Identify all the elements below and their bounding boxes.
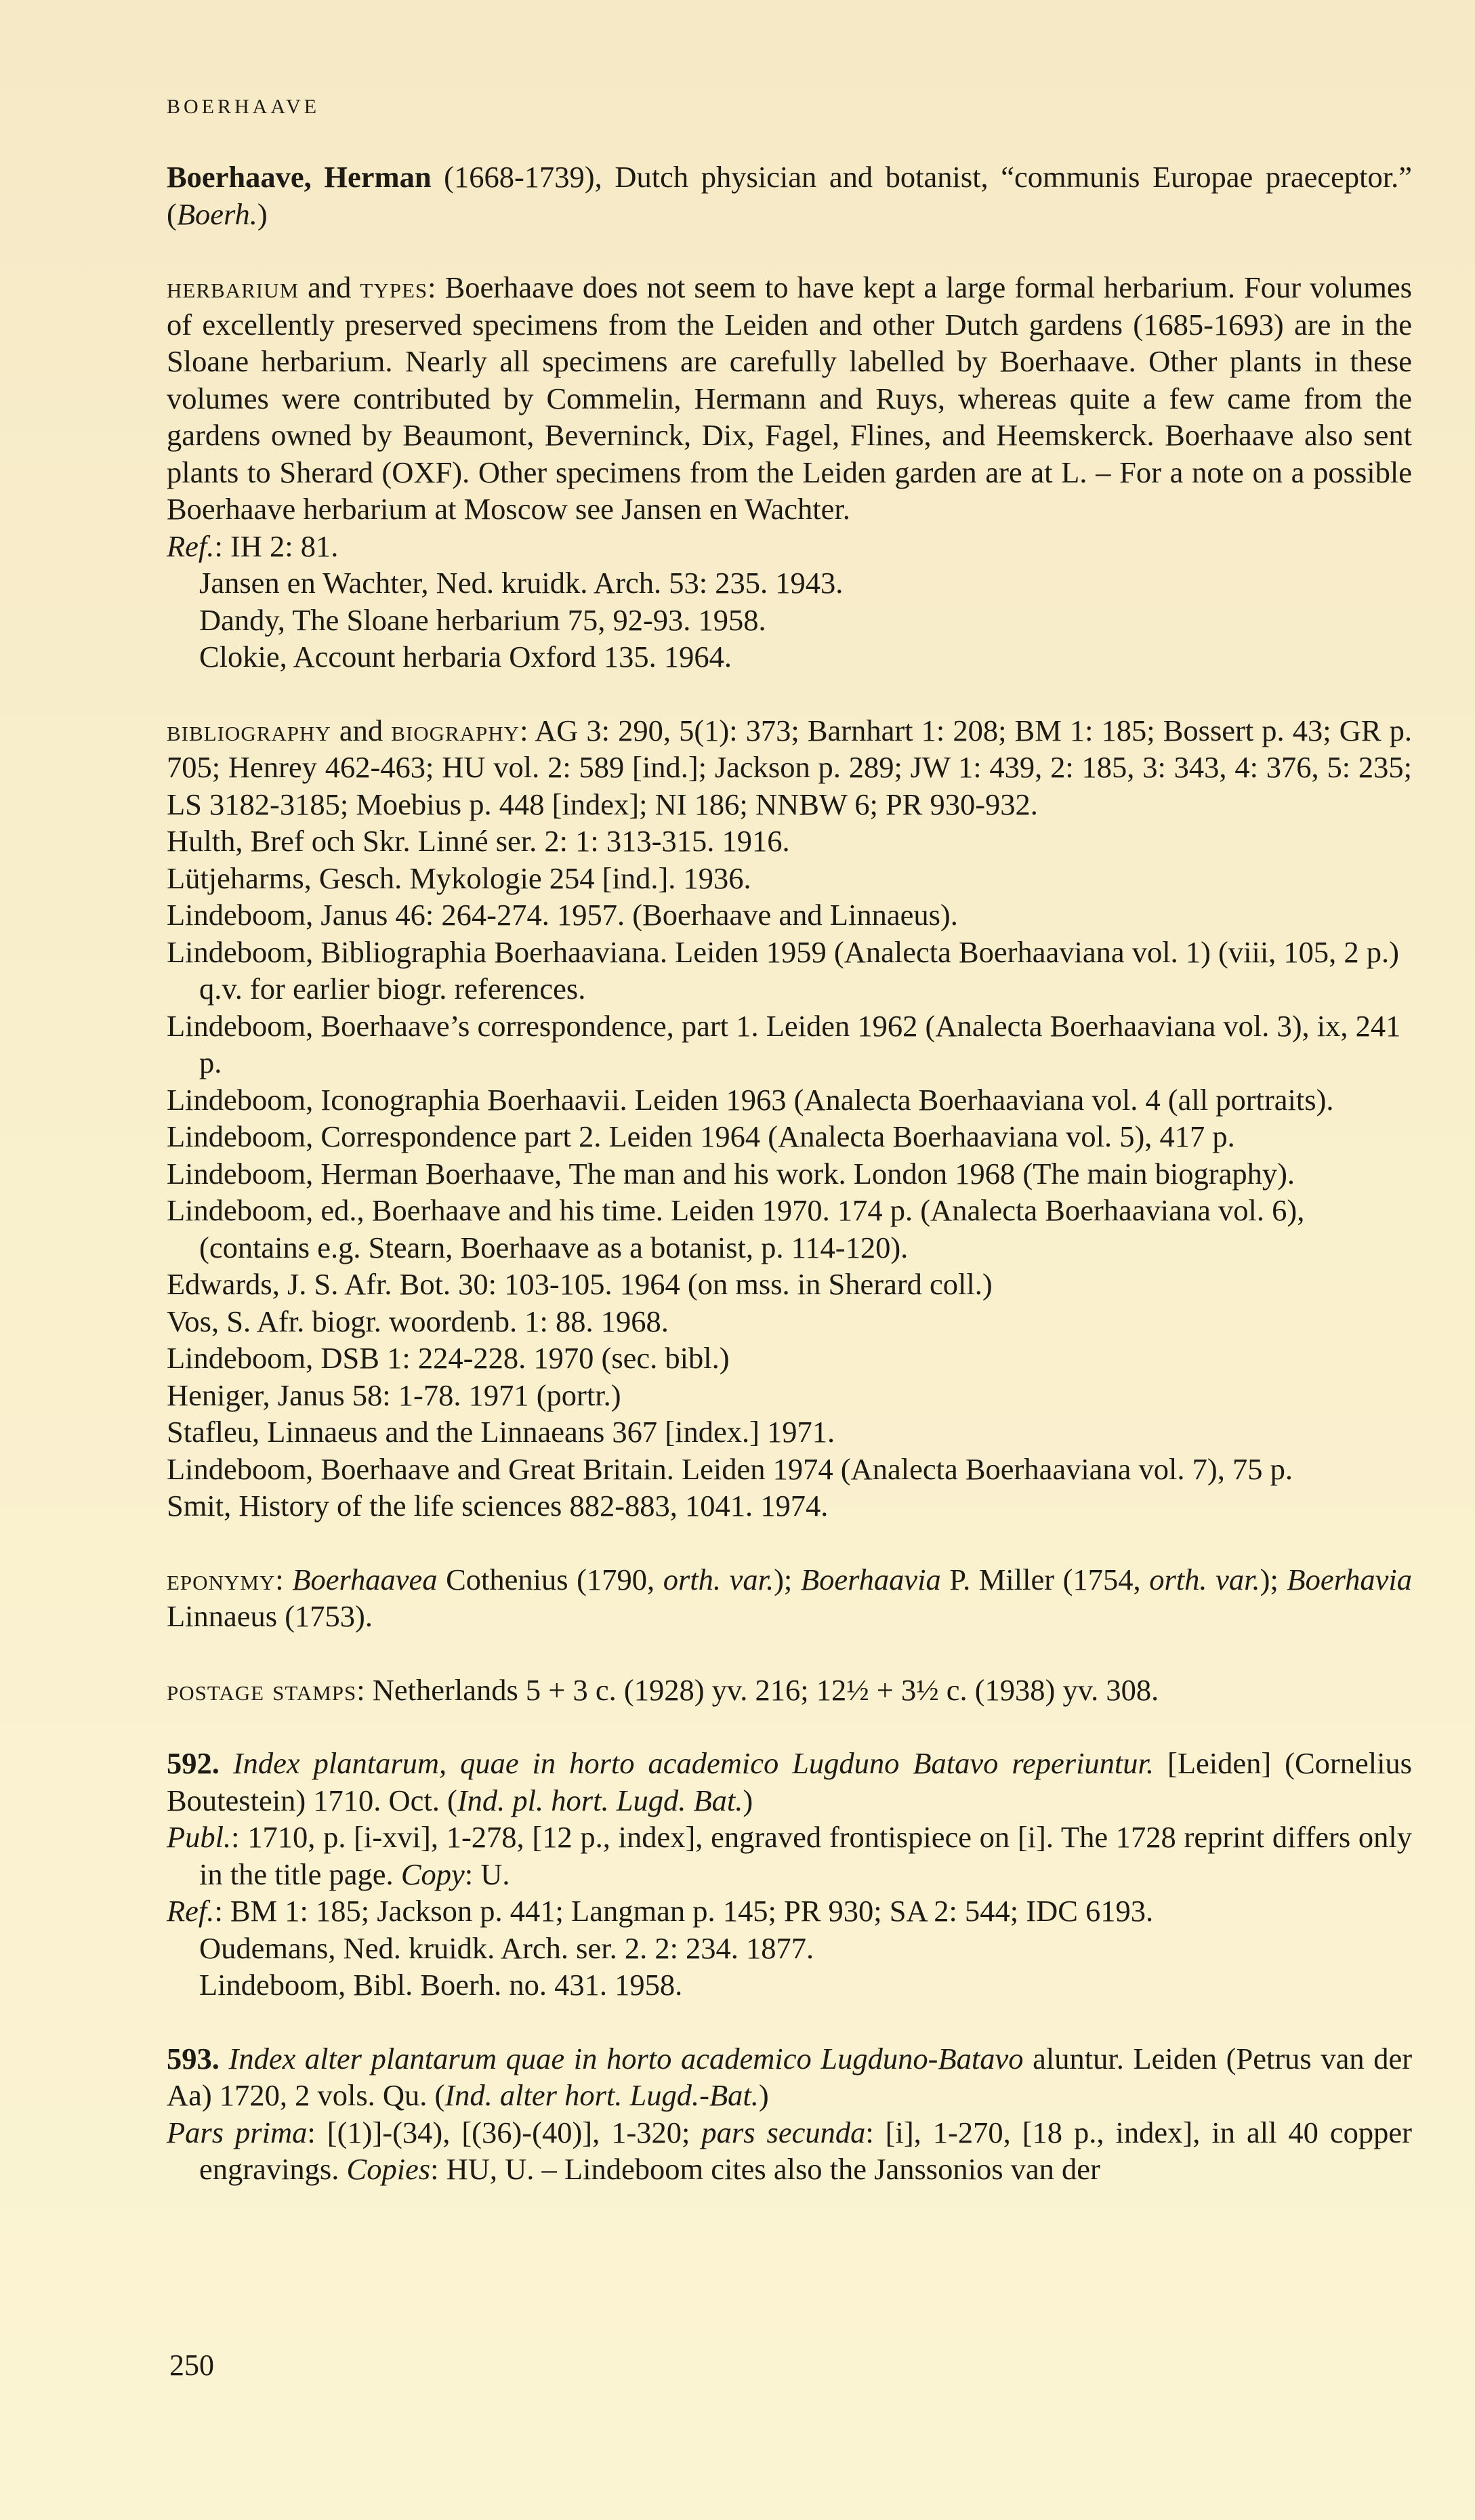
entry-592: 592. Index plantarum, quae in horto acad… bbox=[167, 1745, 1412, 2004]
ref-item: Edwards, J. S. Afr. Bot. 30: 103-105. 19… bbox=[167, 1266, 1412, 1303]
copy-text: : U. bbox=[465, 1857, 510, 1891]
copies-text: : HU, U. – Lindeboom cites also the Jans… bbox=[430, 2152, 1100, 2186]
entry-title: Index alter plantarum quae in horto acad… bbox=[229, 2042, 1024, 2075]
postage-section: postage stamps: Netherlands 5 + 3 c. (19… bbox=[167, 1672, 1412, 1709]
label-colon: : bbox=[275, 1563, 292, 1596]
herbarium-text: Boerhaave does not seem to have kept a l… bbox=[167, 270, 1412, 526]
abbrev-close: ) bbox=[257, 197, 268, 231]
genus-name: Boerhavia bbox=[1287, 1563, 1412, 1596]
page-body: BOERHAAVE Boerhaave, Herman (1668-1739),… bbox=[167, 87, 1412, 2225]
author-description: Dutch physician and botanist, “communis … bbox=[615, 160, 1412, 194]
genus-author: P. Miller (1754, bbox=[941, 1563, 1150, 1596]
author-dates: (1668-1739), bbox=[444, 160, 602, 194]
herbarium-label: herbarium bbox=[167, 270, 299, 304]
herbarium-refs: Ref.: IH 2: 81. Jansen en Wachter, Ned. … bbox=[167, 528, 1412, 676]
bibliography-section: bibliography and biography: AG 3: 290, 5… bbox=[167, 712, 1412, 1525]
eponymy-section: eponymy: Boerhaavea Cothenius (1790, ort… bbox=[167, 1561, 1412, 1635]
copies-label: Copies bbox=[347, 2152, 431, 2186]
types-label: types bbox=[360, 270, 428, 304]
entry-number: 593. bbox=[167, 2042, 220, 2075]
ref-item: Dandy, The Sloane herbarium 75, 92-93. 1… bbox=[167, 602, 1412, 639]
herbarium-section: herbarium and types: Boerhaave does not … bbox=[167, 269, 1412, 676]
ref-item: Lindeboom, ed., Boerhaave and his time. … bbox=[167, 1192, 1412, 1266]
bibliography-label: bibliography bbox=[167, 714, 331, 747]
ref-label: Ref. bbox=[167, 1894, 214, 1928]
punct: ) bbox=[759, 2078, 769, 2112]
postage-text: Netherlands 5 + 3 c. (1928) yv. 216; 12½… bbox=[373, 1673, 1159, 1707]
label-and: and bbox=[331, 714, 391, 747]
punct: ) bbox=[743, 1783, 753, 1817]
label-colon: : bbox=[520, 714, 535, 747]
entry-abbrev: Ind. alter hort. Lugd.-Bat. bbox=[444, 2078, 759, 2112]
ref-item: Lindeboom, Bibl. Boerh. no. 431. 1958. bbox=[167, 1966, 1412, 2004]
page-number: 250 bbox=[169, 2348, 214, 2382]
publ-label: Publ. bbox=[167, 1820, 231, 1854]
postage-label: postage stamps bbox=[167, 1673, 356, 1707]
eponymy-label: eponymy bbox=[167, 1563, 275, 1596]
ref-item: Heniger, Janus 58: 1-78. 1971 (portr.) bbox=[167, 1377, 1412, 1414]
orth-var: orth. var. bbox=[1149, 1563, 1260, 1596]
genus-author: Linnaeus (1753). bbox=[167, 1599, 373, 1633]
pars-prima-text: : [(1)]-(34), [(36)-(40)], 1-320; bbox=[307, 2115, 701, 2149]
ref-item: Lütjeharms, Gesch. Mykologie 254 [ind.].… bbox=[167, 860, 1412, 897]
author-name: Boerhaave, Herman bbox=[167, 160, 432, 194]
ref-item: Lindeboom, Boerhaave’s correspondence, p… bbox=[167, 1008, 1412, 1081]
ref-item: Lindeboom, Correspondence part 2. Leiden… bbox=[167, 1118, 1412, 1155]
ref-item: Jansen en Wachter, Ned. kruidk. Arch. 53… bbox=[167, 564, 1412, 602]
running-head: BOERHAAVE bbox=[167, 87, 1412, 127]
author-abbrev: Boerh. bbox=[177, 197, 257, 231]
label-colon: : bbox=[356, 1673, 373, 1707]
genus-name: Boerhaavea bbox=[292, 1563, 437, 1596]
pars-prima-label: Pars prima bbox=[167, 2115, 307, 2149]
punct: ); bbox=[774, 1563, 801, 1596]
ref-item: Stafleu, Linnaeus and the Linnaeans 367 … bbox=[167, 1413, 1412, 1451]
label-and: and bbox=[299, 270, 360, 304]
entry-title: Index plantarum, quae in horto academico… bbox=[233, 1746, 1154, 1780]
punct: ); bbox=[1260, 1563, 1287, 1596]
entry-593: 593. Index alter plantarum quae in horto… bbox=[167, 2040, 1412, 2188]
ref-item: Oudemans, Ned. kruidk. Arch. ser. 2. 2: … bbox=[167, 1930, 1412, 1967]
author-entry: Boerhaave, Herman (1668-1739), Dutch phy… bbox=[167, 159, 1412, 232]
ref-first: : IH 2: 81. bbox=[214, 529, 338, 563]
copy-label: Copy bbox=[401, 1857, 465, 1891]
bibliography-refs: Hulth, Bref och Skr. Linné ser. 2: 1: 31… bbox=[167, 823, 1412, 1525]
ref-item: Lindeboom, Iconographia Boerhaavii. Leid… bbox=[167, 1081, 1412, 1119]
entry-abbrev: Ind. pl. hort. Lugd. Bat. bbox=[457, 1783, 743, 1817]
ref-item: Lindeboom, Bibliographia Boerhaaviana. L… bbox=[167, 934, 1412, 1008]
ref-item: Lindeboom, DSB 1: 224-228. 1970 (sec. bi… bbox=[167, 1340, 1412, 1377]
ref-label: Ref. bbox=[167, 529, 214, 563]
abbrev-open: ( bbox=[167, 197, 177, 231]
ref-item: Smit, History of the life sciences 882-8… bbox=[167, 1487, 1412, 1525]
ref-item: Hulth, Bref och Skr. Linné ser. 2: 1: 31… bbox=[167, 823, 1412, 860]
orth-var: orth. var. bbox=[663, 1563, 774, 1596]
genus-name: Boerhaavia bbox=[801, 1563, 941, 1596]
pars-secunda-label: pars secunda bbox=[701, 2115, 865, 2149]
ref-item: Vos, S. Afr. biogr. woordenb. 1: 88. 196… bbox=[167, 1303, 1412, 1340]
ref-item: Lindeboom, Boerhaave and Great Britain. … bbox=[167, 1451, 1412, 1488]
ref-item: Clokie, Account herbaria Oxford 135. 196… bbox=[167, 638, 1412, 676]
genus-author: Cothenius (1790, bbox=[437, 1563, 663, 1596]
entry-number: 592. bbox=[167, 1746, 220, 1780]
entry-refs: Ref.: BM 1: 185; Jackson p. 441; Langman… bbox=[167, 1893, 1412, 2004]
label-colon: : bbox=[428, 270, 444, 304]
publ-text: : 1710, p. [i-xvi], 1-278, [12 p., index… bbox=[199, 1820, 1412, 1891]
ref-first: : BM 1: 185; Jackson p. 441; Langman p. … bbox=[214, 1894, 1153, 1928]
ref-item: Lindeboom, Herman Boerhaave, The man and… bbox=[167, 1155, 1412, 1193]
ref-item: Lindeboom, Janus 46: 264-274. 1957. (Boe… bbox=[167, 896, 1412, 934]
biography-label: biography bbox=[391, 714, 520, 747]
